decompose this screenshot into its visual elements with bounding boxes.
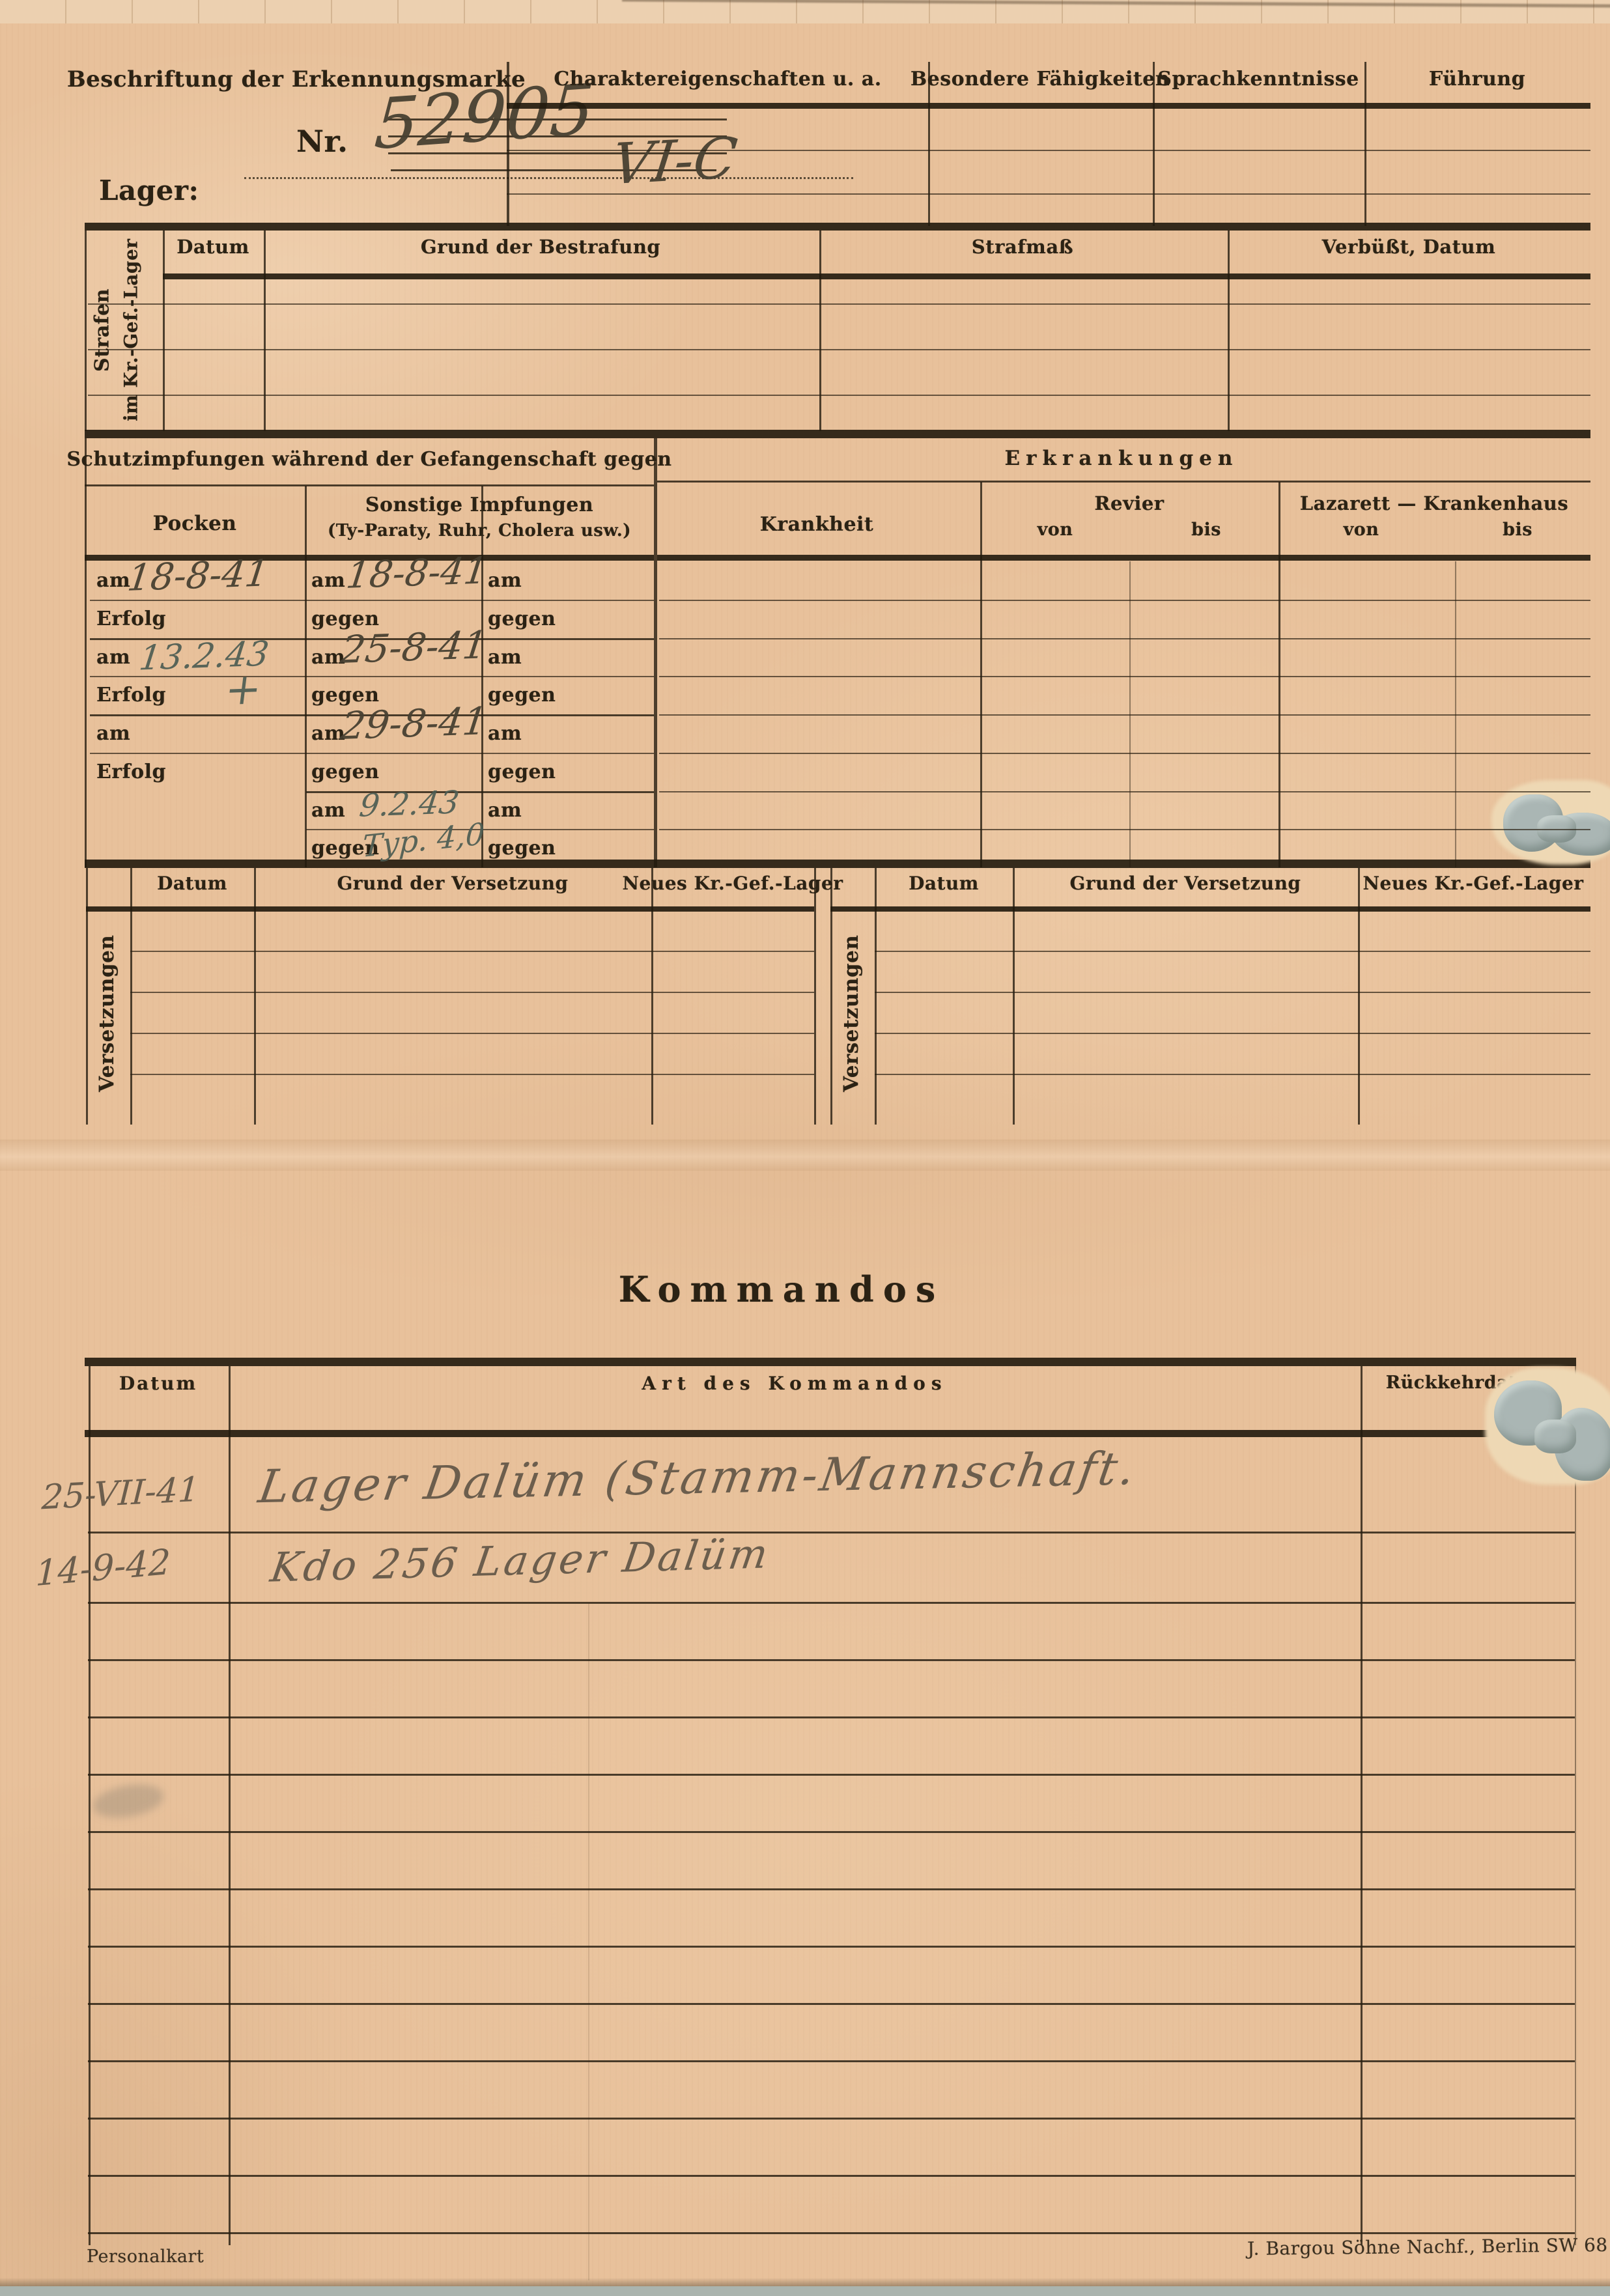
table-border [85, 438, 87, 867]
versetzungen-right-row-line [875, 1033, 1590, 1034]
assessment-col-sprachen: Sprachkenntnisse [1157, 68, 1359, 91]
table-border [264, 231, 266, 431]
impfungen-col-sonstige-sub: (Ty-Paraty, Ruhr, Cholera usw.) [328, 521, 631, 540]
impfungen-sonstige1-label: am [311, 569, 345, 592]
footer-form-name: Personalkart [87, 2247, 204, 2267]
versetzungen-left-row-line [130, 1033, 814, 1034]
table-border [507, 62, 509, 226]
table-border [980, 482, 982, 867]
kommandos-row-line [88, 2003, 1575, 2005]
table-border [163, 231, 165, 431]
table-border [229, 1366, 231, 2245]
kommandos-row-line [88, 1716, 1575, 1718]
fold-crease [0, 1140, 1610, 1171]
versetzungen-left-section-label: Versetzungen [92, 908, 121, 1118]
impfungen-pocken-label: Erfolg [96, 608, 166, 630]
kommandos-row-line [88, 1659, 1575, 1661]
versetzungen-right-section-label: Versetzungen [837, 908, 866, 1118]
versetzungen-left-col-grund: Grund der Versetzung [337, 873, 568, 894]
impfungen-pocken-value-handwriting: 18-8-41 [125, 552, 271, 600]
impfungen-sonstige2-label: gegen [488, 837, 556, 860]
section-border [85, 860, 1590, 868]
erkrankungen-col-lazarett: Lazarett — Krankenhaus [1300, 492, 1568, 514]
erkrankungen-col-krankheit: Krankheit [760, 513, 874, 536]
erkrankungen-lazarett-von: von [1344, 520, 1379, 540]
erkrankungen-row-line [659, 600, 1590, 601]
impfungen-col-sonstige: Sonstige Impfungen [365, 494, 593, 516]
erkrankungen-row-line [659, 714, 1590, 716]
table-border [657, 481, 1590, 483]
versetzungen-left-row-line [130, 1074, 814, 1075]
versetzungen-left-row-line [130, 992, 814, 993]
impfungen-sonstige1-value-handwriting: 18-8-41 [344, 550, 490, 597]
impfungen-title: Schutzimpfungen während der Gefangenscha… [66, 448, 671, 471]
lager-label: Lager: [99, 175, 199, 206]
kommandos-row-line [88, 1888, 1575, 1890]
versetzungen-left-col-datum: Datum [157, 873, 227, 894]
lager-dotted-line [244, 177, 853, 179]
table-border [85, 1430, 1576, 1437]
impfungen-pocken-value-handwriting: + [222, 664, 264, 715]
impfungen-row-line [90, 753, 654, 754]
erkrankungen-col-revier: Revier [1094, 492, 1164, 514]
scanner-background [0, 2286, 1610, 2296]
table-border [507, 103, 1590, 109]
punch-hole [1534, 1420, 1576, 1453]
strafen-row-line [88, 303, 1590, 305]
table-border [654, 438, 657, 867]
erkrankungen-row-line [659, 753, 1590, 754]
impfungen-pocken-label: am [96, 646, 130, 669]
table-border [814, 868, 816, 1125]
kommandos-row-line [88, 2060, 1575, 2062]
impfungen-sonstige2-label: am [488, 799, 522, 822]
table-border [830, 906, 1590, 912]
assessment-row-line [507, 193, 1590, 195]
impfungen-sonstige2-label: gegen [488, 684, 556, 707]
table-border [1228, 231, 1230, 431]
kommandos-col-art: Art des Kommandos [642, 1373, 947, 1394]
strafen-row-line [88, 395, 1590, 396]
vertical-crease [588, 1603, 589, 2280]
erkrankungen-row-line [659, 676, 1590, 677]
lager-value-handwriting: VI-C [608, 126, 741, 198]
impfungen-sonstige2-label: gegen [488, 761, 556, 783]
kommandos-row-line [88, 1946, 1575, 1948]
pencil-smudge [91, 1780, 167, 1823]
versetzungen-right-col-datum: Datum [909, 873, 979, 894]
kommandos-row-line [88, 2118, 1575, 2120]
table-border [86, 906, 814, 912]
erkrankungen-row-line [659, 791, 1590, 792]
table-border [1364, 62, 1366, 226]
impfungen-row-line [306, 791, 654, 793]
kommandos-col-datum: Datum [119, 1373, 197, 1394]
table-border [1361, 1366, 1363, 2245]
impfungen-pocken-label: am [96, 569, 130, 592]
kommandos-row-art-handwriting: Kdo 256 Lager Dalüm [268, 1530, 774, 1591]
kommandos-row-datum-handwriting: 25-VII-41 [41, 1470, 201, 1518]
impfungen-sonstige1-label: am [311, 799, 345, 822]
nr-label: Nr. [296, 124, 348, 159]
erkrankungen-title: Erkrankungen [1005, 447, 1239, 470]
strafen-col-grund: Grund der Bestrafung [421, 236, 660, 258]
kommandos-row-line [88, 2175, 1575, 2177]
impfungen-pocken-label: am [96, 722, 130, 745]
assessment-col-charakter: Charaktereigenschaften u. a. [554, 68, 881, 91]
footer-printer-imprint: J. Bargou Söhne Nachf., Berlin SW 68 [1247, 2234, 1608, 2260]
versetzungen-right-row-line [875, 951, 1590, 952]
strafen-section-label: im Kr.-Gef.-Lager [117, 232, 145, 428]
impfungen-row-line [90, 600, 654, 601]
assessment-col-fuehrung: Führung [1429, 68, 1525, 91]
table-border [819, 231, 821, 431]
impfungen-pocken-label: Erfolg [96, 684, 166, 707]
kommandos-row-line [88, 2232, 1575, 2234]
versetzungen-right-row-line [875, 1074, 1590, 1075]
kommandos-row-art-handwriting: Lager Dalüm (Stamm-Mannschaft. [255, 1442, 1141, 1514]
versetzungen-right-row-line [875, 992, 1590, 993]
assessment-col-faehigkeiten: Besondere Fähigkeiten [911, 68, 1170, 91]
paper-bottom-edge [0, 2278, 1610, 2287]
assessment-row-line [507, 150, 1590, 151]
impfungen-sonstige2-label: am [488, 722, 522, 745]
versetzungen-right-col-grund: Grund der Versetzung [1069, 873, 1301, 894]
impfungen-sonstige1-value-handwriting: 25-8-41 [339, 623, 490, 672]
personalkarte-back-scan: Beschriftung der Erkennungsmarke Nr. 529… [0, 0, 1610, 2296]
impfungen-sonstige1-label: gegen [311, 761, 379, 783]
erkrankungen-revier-von: von [1038, 520, 1073, 540]
table-border [85, 484, 654, 486]
impfungen-pocken-label: Erfolg [96, 761, 166, 783]
section-border [85, 223, 1590, 231]
versetzungen-left-row-line [130, 951, 814, 952]
erkrankungen-row-line [659, 829, 1590, 830]
kommandos-row-line [88, 1831, 1575, 1833]
strafen-col-datum: Datum [177, 236, 249, 258]
impfungen-sonstige1-value-handwriting: 29-8-41 [339, 699, 490, 748]
erkrankungen-row-line [659, 638, 1590, 639]
kommandos-row-datum-handwriting: 14-9-42 [35, 1541, 171, 1594]
strafen-col-strafmass: Strafmaß [972, 236, 1073, 258]
table-border [1278, 482, 1280, 867]
strafen-row-line [88, 349, 1590, 350]
kommandos-row-line [88, 1774, 1575, 1776]
table-border [1575, 1366, 1576, 2245]
table-border [163, 273, 1590, 279]
strafen-section-label: Strafen [89, 232, 116, 428]
section-border [85, 1358, 1576, 1366]
erkrankungen-lazarett-bis: bis [1503, 520, 1532, 540]
kommandos-row-line [88, 1602, 1575, 1604]
impfungen-sonstige2-label: am [488, 646, 522, 669]
table-border [657, 555, 1590, 561]
strafen-col-verbuesst: Verbüßt, Datum [1322, 236, 1496, 258]
impfungen-col-pocken: Pocken [153, 512, 237, 535]
erkrankungen-revier-bis: bis [1191, 520, 1221, 540]
impfungen-sonstige2-label: gegen [488, 608, 556, 630]
versetzungen-left-col-neues: Neues Kr.-Gef.-Lager [622, 873, 843, 894]
section-border [85, 430, 1590, 438]
impfungen-sonstige2-label: am [488, 569, 522, 592]
kommandos-title: Kommandos [619, 1268, 944, 1310]
impfungen-sonstige1-value-handwriting: 9.2.43 [358, 784, 461, 824]
table-border [85, 231, 87, 431]
versetzungen-right-col-neues: Neues Kr.-Gef.-Lager [1363, 873, 1583, 894]
kommandos-row-line [88, 1532, 1575, 1533]
